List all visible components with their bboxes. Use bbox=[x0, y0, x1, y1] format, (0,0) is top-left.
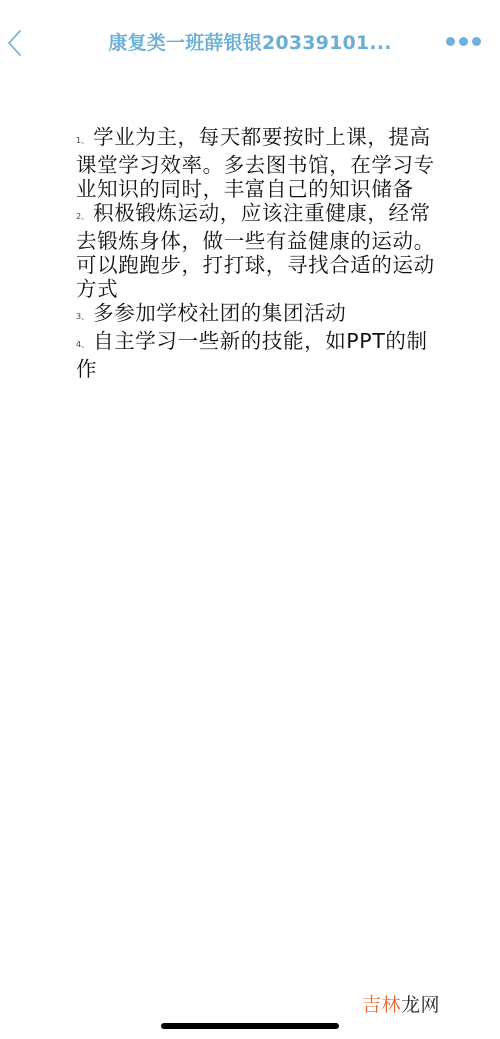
item-text: 多参加学校社团的集团活动 bbox=[93, 301, 346, 325]
item-number: 1、 bbox=[76, 136, 89, 145]
item-text: 作 bbox=[76, 357, 436, 381]
page-title: 康复类一班薛银银20339101... bbox=[90, 28, 410, 55]
list-item: 4、自主学习一些新的技能，如PPT的制 作 bbox=[76, 329, 436, 381]
note-content: 1、学业为主，每天都要按时上课，提高 课堂学习效率。多去图书馆，在学习专 业知识… bbox=[76, 125, 436, 381]
list-item: 2、积极锻炼运动，应该注重健康，经常 去锻炼身体，做一些有益健康的运动。 可以跑… bbox=[76, 201, 436, 301]
item-text: 业知识的同时，丰富自己的知识储备 bbox=[76, 177, 436, 201]
list-item: 1、学业为主，每天都要按时上课，提高 课堂学习效率。多去图书馆，在学习专 业知识… bbox=[76, 125, 436, 201]
item-text: 课堂学习效率。多去图书馆，在学习专 bbox=[76, 153, 436, 177]
item-text: 去锻炼身体，做一些有益健康的运动。 bbox=[76, 229, 436, 253]
watermark-logo: 吉林龙网 bbox=[362, 990, 440, 1017]
more-options-button[interactable] bbox=[442, 30, 486, 54]
home-indicator[interactable] bbox=[161, 1023, 339, 1029]
watermark-part2: 龙网 bbox=[401, 994, 440, 1016]
back-button[interactable] bbox=[0, 22, 40, 66]
chevron-left-icon bbox=[5, 28, 25, 58]
item-text: 学业为主，每天都要按时上课，提高 bbox=[93, 125, 431, 149]
item-number: 4、 bbox=[76, 340, 89, 349]
navigation-bar: 康复类一班薛银银20339101... bbox=[0, 0, 500, 86]
item-number: 3、 bbox=[76, 312, 89, 321]
item-number: 2、 bbox=[76, 212, 89, 221]
list-item: 3、多参加学校社团的集团活动 bbox=[76, 301, 436, 329]
item-text: 可以跑跑步，打打球，寻找合适的运动 bbox=[76, 253, 436, 277]
item-text: 自主学习一些新的技能，如PPT的制 bbox=[93, 329, 427, 353]
item-text: 方式 bbox=[76, 277, 436, 301]
watermark-part1: 吉林 bbox=[362, 994, 401, 1016]
item-text: 积极锻炼运动，应该注重健康，经常 bbox=[93, 201, 431, 225]
